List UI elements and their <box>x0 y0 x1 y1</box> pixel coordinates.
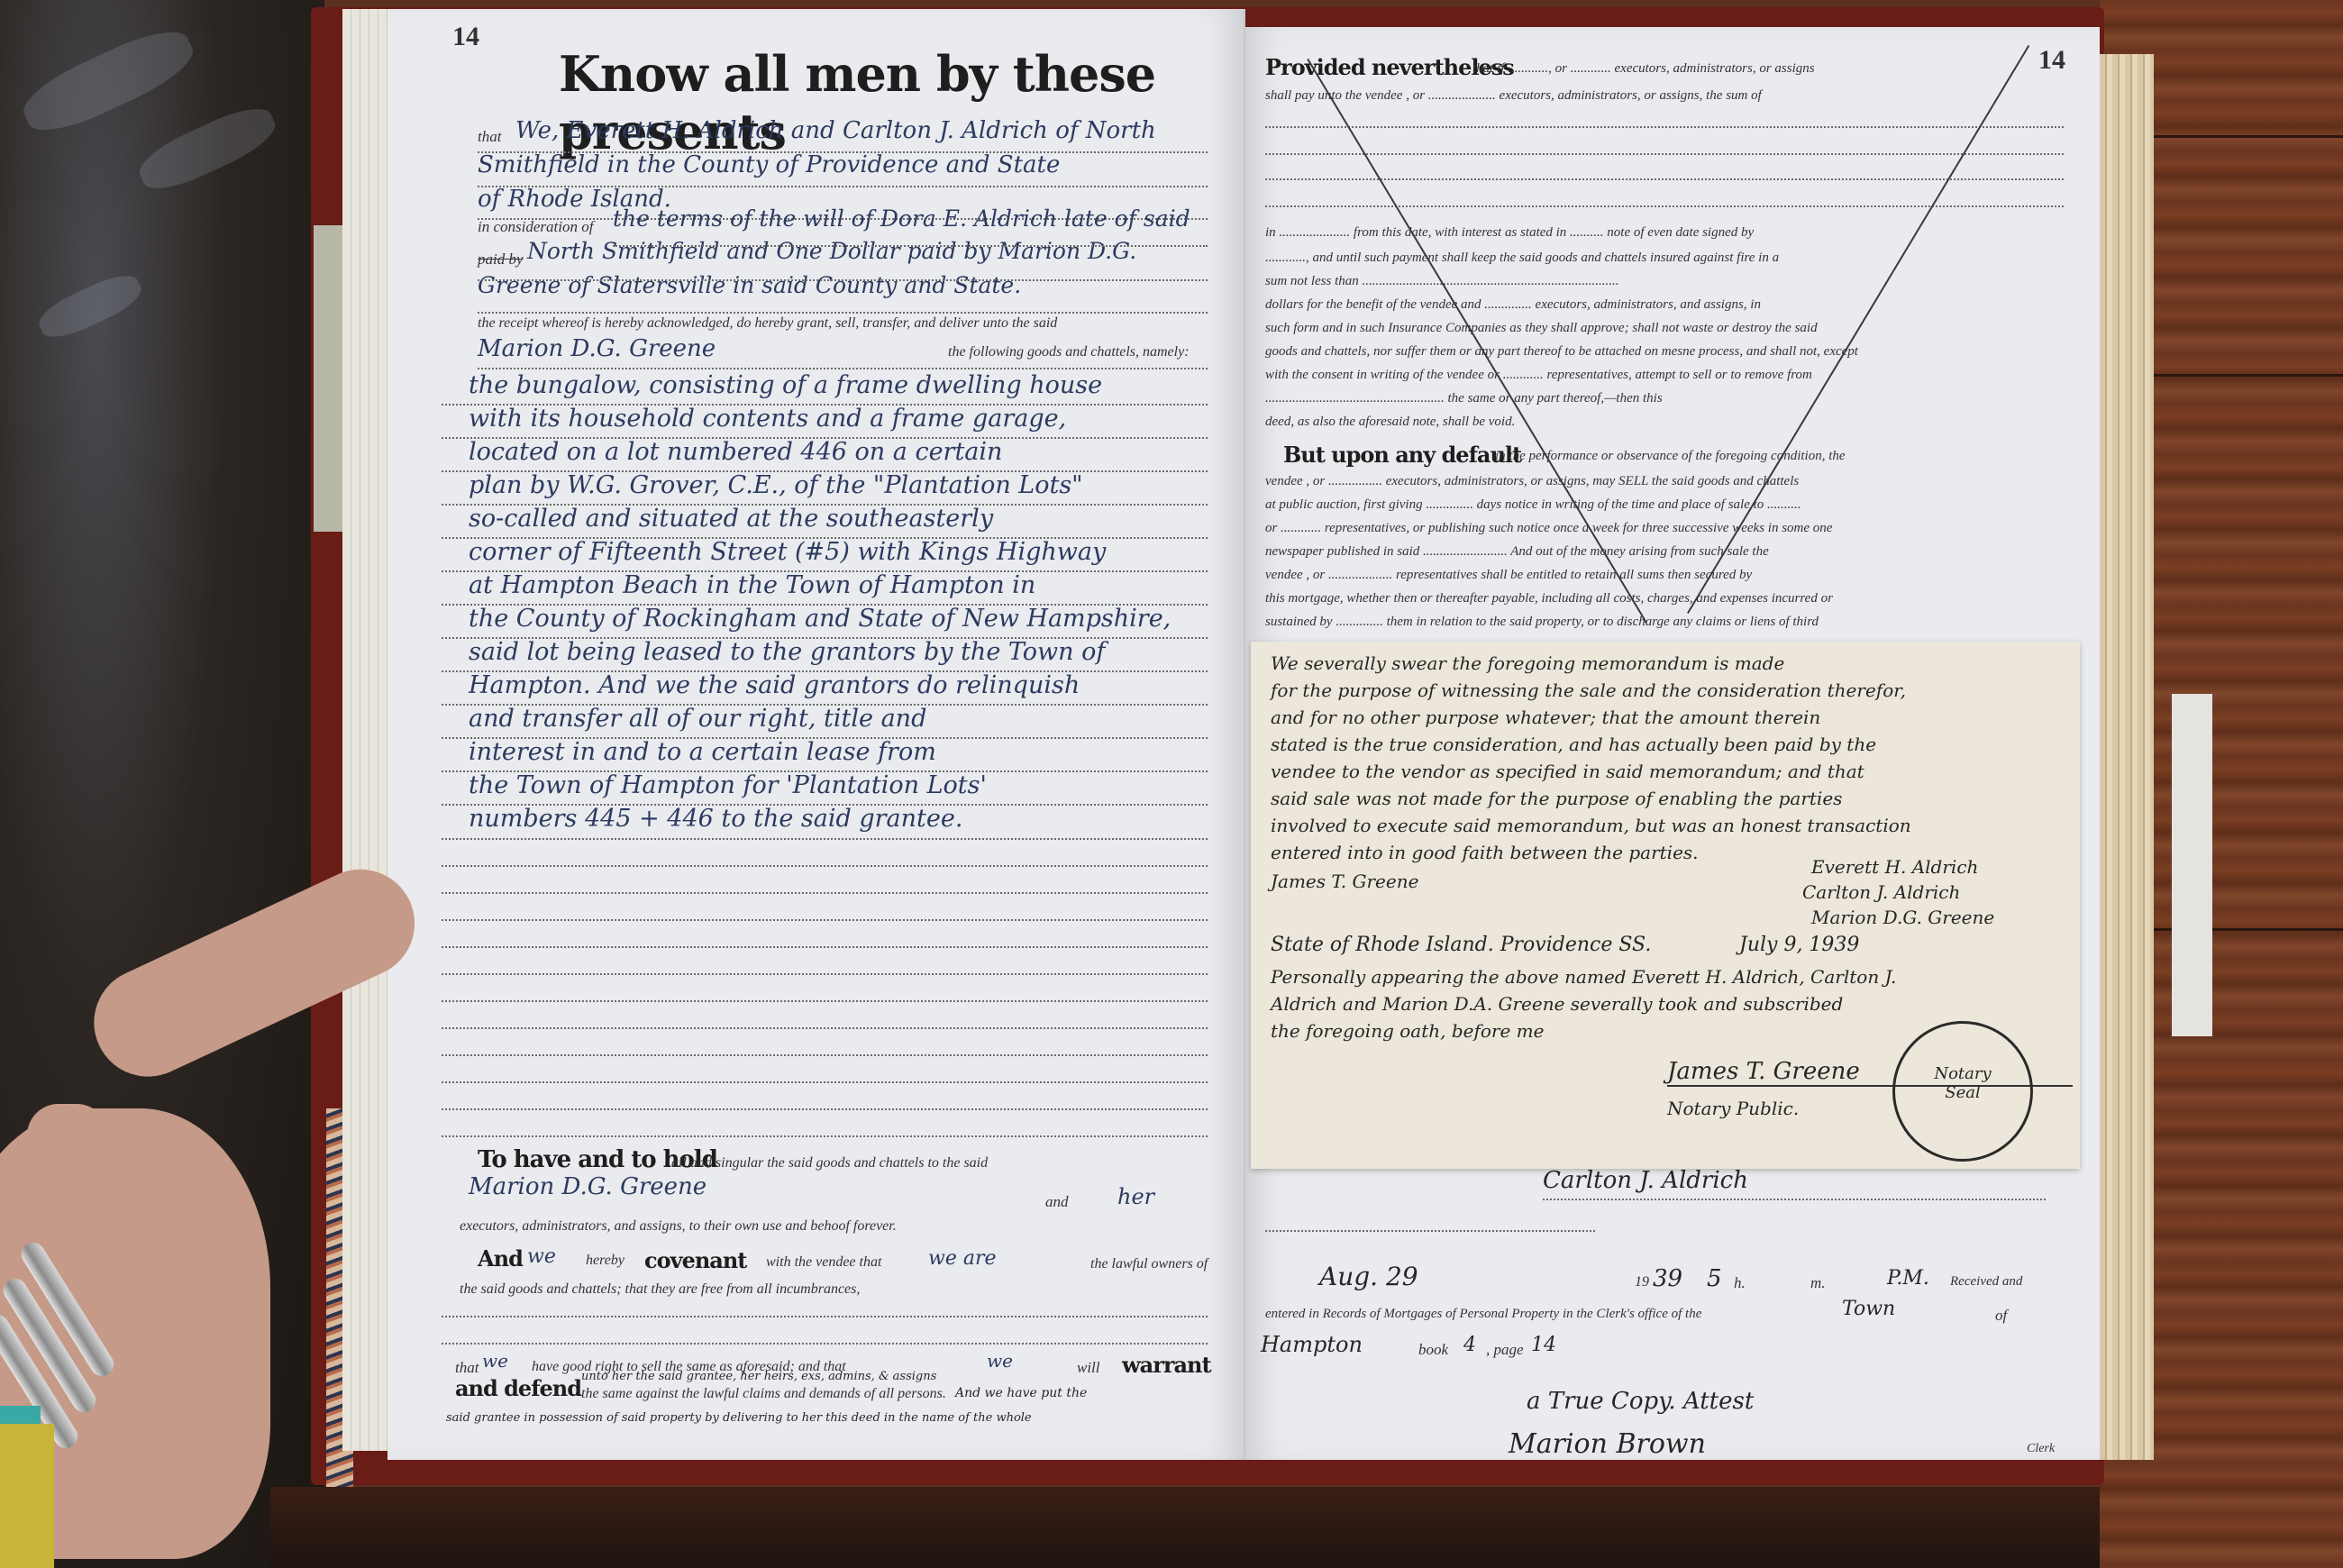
ruled-line <box>1543 1199 2046 1200</box>
table-shadow <box>270 1487 2100 1568</box>
habendum-and-value: her <box>1117 1184 1226 1209</box>
ruled-line <box>442 737 1208 739</box>
proviso-line: that if ............, or ............ ex… <box>1472 61 2058 77</box>
affidavit-line: involved to execute said memorandum, but… <box>1271 815 2073 836</box>
clerk-signature: Marion Brown <box>1509 1428 2076 1460</box>
goods-line: plan by W.G. Grover, C.E., of the "Plant… <box>469 471 1226 499</box>
goods-line: at Hampton Beach in the Town of Hampton … <box>469 571 1226 599</box>
left-page: 14 Know all men by these presents that W… <box>387 9 1245 1460</box>
ruled-line <box>478 186 1208 187</box>
ruled-line <box>442 1000 1208 1002</box>
page-stack-left <box>342 9 387 1451</box>
consideration-line: the terms of the will of Dora E. Aldrich… <box>613 205 1217 232</box>
goods-line: said lot being leased to the grantors by… <box>469 638 1226 666</box>
page-number: 14 <box>452 22 479 52</box>
seal-text: Notary Seal <box>1931 1064 1994 1102</box>
proviso-line: such form and in such Insurance Companie… <box>1265 321 2058 336</box>
page-stack-right <box>2100 54 2154 1460</box>
warranty-insert: unto her the said grantee, her heirs, ex… <box>581 1370 1230 1383</box>
affidavit-line: said sale was not made for the purpose o… <box>1271 788 2073 809</box>
covenant-owners: the lawful owners of <box>1090 1256 1226 1272</box>
ruled-line <box>442 865 1208 867</box>
affidavit-line: for the purpose of witnessing the sale a… <box>1271 679 2073 701</box>
covenant-free-line: the said goods and chattels; that they a… <box>460 1281 1226 1298</box>
ruled-line <box>442 437 1208 439</box>
default-line: this mortgage, whether then or thereafte… <box>1265 591 2058 606</box>
ruled-line <box>442 604 1208 606</box>
ruled-line <box>442 1054 1208 1056</box>
recording-of: of <box>1995 1307 2076 1325</box>
ruled-line <box>442 919 1208 921</box>
ruled-line <box>1265 1230 1595 1232</box>
goods-line: with its household contents and a frame … <box>469 405 1226 433</box>
ruled-line <box>442 670 1208 672</box>
ruled-line <box>442 1135 1208 1137</box>
carlton-signature: Carlton J. Aldrich <box>1543 1167 1748 1194</box>
ruled-line <box>613 245 1208 247</box>
ruled-line <box>442 1343 1208 1345</box>
goods-line: and transfer all of our right, title and <box>469 705 1226 733</box>
ruled-line <box>442 1081 1208 1083</box>
ruled-line <box>478 151 1208 153</box>
recording-page: 14 <box>1531 1334 2076 1356</box>
grantee-name: Marion D.G. Greene <box>478 335 716 362</box>
default-line: at public auction, first giving ........… <box>1265 497 2058 513</box>
goods-line: so-called and situated at the southeaste… <box>469 505 1226 533</box>
attest-text: a True Copy. Attest <box>1527 1388 2076 1415</box>
spine-tape <box>314 225 345 532</box>
signatory: Carlton J. Aldrich <box>1802 881 2073 903</box>
ruled-line <box>442 537 1208 539</box>
goods-line: interest in and to a certain lease from <box>469 738 1226 766</box>
affidavit-line: and for no other purpose whatever; that … <box>1271 707 2073 728</box>
notary-seal-icon: Notary Seal <box>1892 1021 2033 1162</box>
ruled-line <box>442 804 1208 806</box>
habendum-text: all and singular the said goods and chat… <box>671 1155 1226 1171</box>
ruled-line <box>442 637 1208 639</box>
ruled-line <box>1265 153 2064 155</box>
proviso-line: goods and chattels, nor suffer them or a… <box>1265 344 2058 360</box>
ruled-line <box>478 368 1208 369</box>
habendum-tail: executors, administrators, and assigns, … <box>460 1218 1226 1235</box>
default-line: vendee , or ................ executors, … <box>1265 474 2058 489</box>
ruled-line <box>442 570 1208 572</box>
goods-label: the following goods and chattels, namely… <box>948 344 1190 360</box>
ruled-line <box>1265 178 2064 180</box>
proviso-line: with the consent in writing of the vende… <box>1265 368 2058 383</box>
proviso-line: in ..................... from this date,… <box>1265 225 2058 241</box>
ruled-line <box>442 973 1208 975</box>
thumb <box>27 1104 108 1167</box>
default-line: sustained by .............. them in rela… <box>1265 615 2058 630</box>
ruled-line <box>442 946 1208 948</box>
proviso-line: shall pay unto the vendee , or .........… <box>1265 88 2058 104</box>
goods-line: corner of Fifteenth Street (#5) with Kin… <box>469 538 1226 566</box>
ruled-line <box>478 279 1208 281</box>
affidavit-line: stated is the true consideration, and ha… <box>1271 734 2073 755</box>
warranty-tail-2: said grantee in possession of said prope… <box>446 1411 1230 1425</box>
ruled-line <box>442 1027 1208 1029</box>
goods-line: numbers 445 + 446 to the said grantee. <box>469 805 1226 833</box>
ruled-line <box>442 504 1208 506</box>
consideration-line: Greene of Slatersville in said County an… <box>478 272 1217 298</box>
goods-line: Hampton. And we the said grantors do rel… <box>469 671 1226 699</box>
affidavit-line: vendee to the vendor as specified in sai… <box>1271 761 2073 782</box>
ruled-line <box>442 704 1208 706</box>
cancellation-stroke <box>1307 59 1647 624</box>
grantors-line: We, Everett H. Aldrich and Carlton J. Al… <box>515 117 1217 144</box>
warranty-tail-1: And we have put the <box>955 1386 1230 1400</box>
affidavit-line: We severally swear the foregoing memoran… <box>1271 652 2073 674</box>
ruled-line <box>1265 205 2064 207</box>
ruled-line <box>442 404 1208 406</box>
recording-received: Received and <box>1950 1274 2076 1290</box>
ruled-line <box>442 892 1208 894</box>
goods-line: the bungalow, consisting of a frame dwel… <box>469 371 1226 399</box>
paper-slip <box>2172 694 2212 1036</box>
jurat-date: July 9, 1939 <box>1739 934 2073 956</box>
default-line: vendee , or ................... represen… <box>1265 568 2058 583</box>
ruled-line <box>442 470 1208 472</box>
jurat-line: Personally appearing the above named Eve… <box>1271 966 2073 988</box>
ruled-line <box>442 1316 1208 1317</box>
goods-line: the Town of Hampton for 'Plantation Lots… <box>469 771 1226 799</box>
proviso-line: ............, and until such payment sha… <box>1265 251 2058 266</box>
default-line: newspaper published in said ............… <box>1265 544 2058 560</box>
grantors-line: Smithfield in the County of Providence a… <box>478 151 1217 178</box>
proviso-line: sum not less than ......................… <box>1265 274 2058 289</box>
receipt-clause: the receipt whereof is hereby acknowledg… <box>478 315 1057 332</box>
consideration-line: North Smithfield and One Dollar paid by … <box>527 238 1217 264</box>
jurat-line: Aldrich and Marion D.A. Greene severally… <box>1271 993 2073 1015</box>
ruled-line <box>442 1108 1208 1110</box>
ruled-line <box>1265 126 2064 128</box>
proviso-line: deed, as also the aforesaid note, shall … <box>1265 415 2058 430</box>
default-line: or ............ representatives, or publ… <box>1265 521 2058 536</box>
ruled-line <box>442 838 1208 840</box>
signatory: Marion D.G. Greene <box>1811 907 2073 928</box>
signatory: Everett H. Aldrich <box>1811 856 2073 878</box>
proviso-line: ........................................… <box>1265 391 2058 406</box>
sleeve <box>0 1424 54 1568</box>
label-that: that <box>478 128 514 146</box>
proviso-line: dollars for the benefit of the vendee an… <box>1265 297 2058 313</box>
clerk-label: Clerk <box>2027 1442 2076 1456</box>
ruled-line <box>442 770 1208 772</box>
ruled-line <box>478 312 1208 314</box>
goods-line: the County of Rockingham and State of Ne… <box>469 605 1226 633</box>
goods-line: located on a lot numbered 446 on a certa… <box>469 438 1226 466</box>
